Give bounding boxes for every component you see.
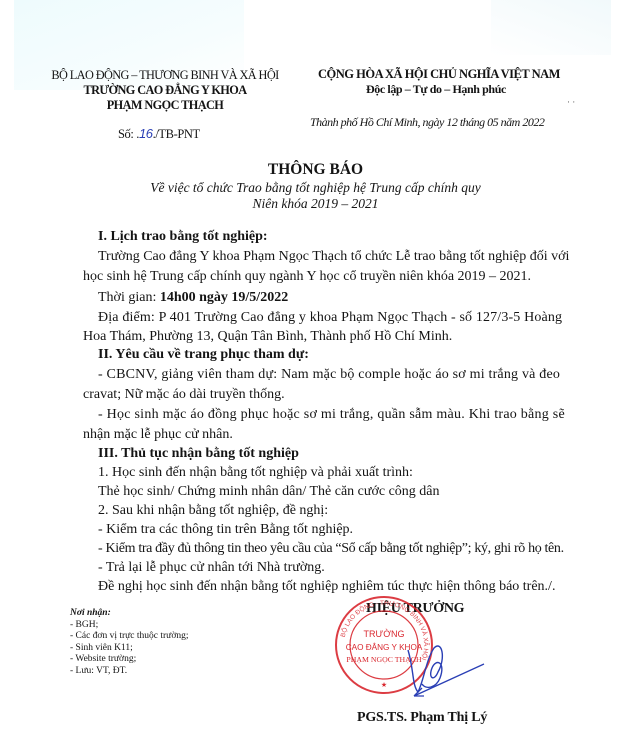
recipients-heading: Nơi nhận:: [70, 608, 189, 620]
section-3-heading: III. Thủ tục nhận bằng tốt nghiệp: [98, 445, 299, 463]
recipient-item: - Sinh viên K11;: [70, 643, 189, 655]
procedure-step: - Kiểm tra các thông tin trên Bằng tốt n…: [98, 521, 353, 539]
ceremony-time: Thời gian: 14h00 ngày 19/5/2022: [98, 289, 288, 307]
scan-tint: [491, 0, 611, 55]
ceremony-location: Hoa Thám, Phường 13, Quận Tân Bình, Thàn…: [83, 328, 452, 346]
svg-text:★: ★: [381, 681, 387, 689]
procedure-step: - Kiểm tra đầy đủ thông tin theo yêu cầu…: [98, 540, 564, 558]
ceremony-location: Địa điểm: P 401 Trường Cao đẳng y khoa P…: [98, 309, 562, 327]
signature-icon: [400, 640, 490, 700]
academic-year: Niên khóa 2019 – 2021: [0, 196, 631, 212]
dress-code-staff: - CBCNV, giảng viên tham dự: Nam mặc bộ …: [98, 366, 560, 384]
issuer-block: BỘ LAO ĐỘNG – THƯƠNG BINH VÀ XÃ HỘI TRƯỜ…: [40, 68, 290, 113]
document-title: THÔNG BÁO: [0, 161, 631, 179]
ceremony-time-value: 14h00 ngày 19/5/2022: [160, 290, 288, 305]
scan-specks: · ·: [567, 97, 575, 107]
closing-statement: Đề nghị học sinh đến nhận bằng tốt nghiệ…: [98, 578, 555, 596]
section-1-text: Trường Cao đẳng Y khoa Phạm Ngọc Thạch t…: [98, 248, 569, 266]
school-name-line2: PHẠM NGỌC THẠCH: [40, 98, 290, 113]
recipient-item: - Website trường;: [70, 654, 189, 666]
place-date: Thành phố Hồ Chí Minh, ngày 12 tháng 05 …: [310, 115, 544, 130]
procedure-step: - Trả lại lễ phục cử nhân tới Nhà trường…: [98, 559, 325, 577]
document-number: Số: .16./TB-PNT: [118, 126, 200, 142]
procedure-step: 1. Học sinh đến nhận bằng tốt nghiệp và …: [98, 464, 413, 482]
procedure-step: Thẻ học sinh/ Chứng minh nhân dân/ Thẻ c…: [98, 483, 440, 501]
nation-name: CỘNG HÒA XÃ HỘI CHỦ NGHĨA VIỆT NAM: [318, 67, 560, 82]
ministry-name: BỘ LAO ĐỘNG – THƯƠNG BINH VÀ XÃ HỘI: [40, 68, 290, 83]
document-subtitle: Về việc tổ chức Trao bằng tốt nghiệp hệ …: [0, 180, 631, 196]
dress-code-students: nhận mặc lễ phục cử nhân.: [83, 426, 233, 444]
procedure-step: 2. Sau khi nhận bằng tốt nghiệp, đề nghị…: [98, 502, 328, 520]
svg-text:TRƯỜNG: TRƯỜNG: [364, 629, 405, 639]
dress-code-staff: cravat; Nữ mặc áo dài truyền thống.: [83, 386, 285, 404]
dress-code-students: - Học sinh mặc áo đồng phục hoặc sơ mi t…: [98, 406, 565, 424]
recipient-item: - Lưu: VT, ĐT.: [70, 666, 189, 678]
national-motto: Độc lập – Tự do – Hạnh phúc: [366, 82, 506, 97]
section-1-heading: I. Lịch trao bằng tốt nghiệp:: [98, 228, 268, 246]
recipients-list: Nơi nhận: - BGH; - Các đơn vị trực thuộc…: [70, 608, 189, 678]
section-2-heading: II. Yêu cầu về trang phục tham dự:: [98, 346, 309, 364]
recipient-item: - Các đơn vị trực thuộc trường;: [70, 631, 189, 643]
school-name-line1: TRƯỜNG CAO ĐẲNG Y KHOA: [40, 83, 290, 98]
section-1-text: học sinh hệ Trung cấp chính quy ngành Y …: [83, 268, 531, 286]
handwritten-number: 16: [139, 126, 153, 141]
recipient-item: - BGH;: [70, 620, 189, 632]
signer-name: PGS.TS. Phạm Thị Lý: [357, 710, 487, 726]
